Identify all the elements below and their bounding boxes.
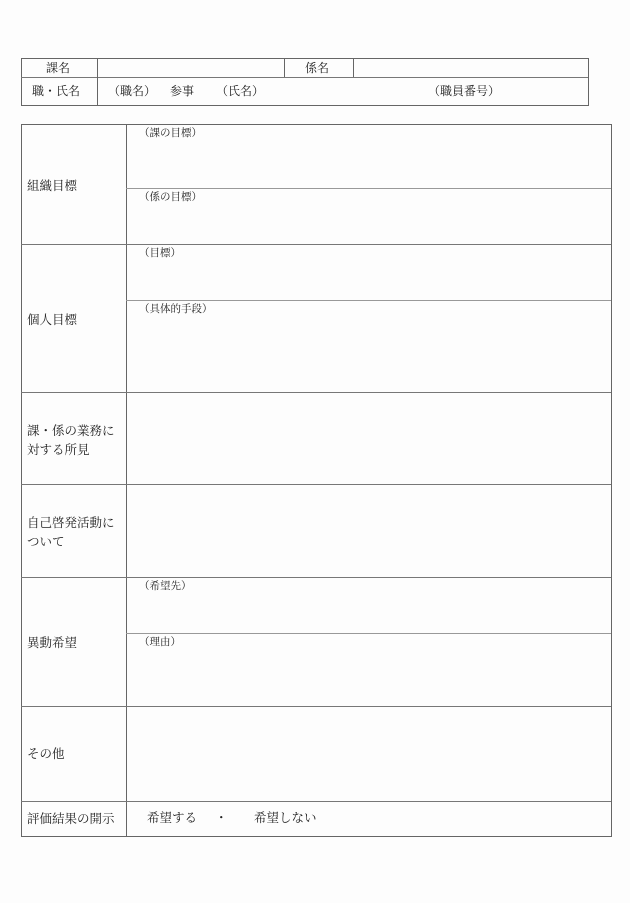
staff-number-field[interactable] [500, 79, 586, 103]
transfer-reason-field[interactable] [127, 634, 611, 705]
other-field[interactable] [127, 707, 611, 800]
name-hint: （氏名） [216, 84, 264, 98]
disclosure-separator: ・ [215, 811, 228, 825]
subsection-goal-field[interactable] [127, 189, 611, 243]
personal-goal-field[interactable] [127, 245, 611, 299]
work-opinion-field[interactable] [127, 393, 611, 483]
row-label-disclosure: 評価結果の開示 [27, 809, 125, 828]
name-label: 職・氏名 [32, 84, 80, 98]
disclosure-option-no[interactable]: 希望しない [254, 811, 317, 825]
row-label-work-opinion: 課・係の業務に対する所見 [27, 421, 125, 459]
staff-number-hint: （職員番号） [428, 84, 500, 98]
header-row-divider [21, 77, 588, 78]
row-label-other: その他 [27, 744, 123, 763]
subsection-label: 係名 [305, 61, 329, 75]
row-label-transfer-request: 異動希望 [27, 633, 123, 652]
specific-means-field[interactable] [127, 301, 611, 391]
section-field[interactable] [98, 59, 283, 76]
header-col-divider [284, 58, 285, 77]
row-label-self-development: 自己啓発活動について [27, 513, 125, 551]
row-divider [21, 801, 611, 802]
row-label-personal-goal: 個人目標 [27, 310, 123, 329]
row-label-organization-goal: 組織目標 [27, 176, 123, 195]
section-goal-field[interactable] [127, 125, 611, 187]
title-value[interactable]: 参事 [170, 84, 194, 98]
title-hint: （職名） [108, 84, 156, 98]
self-development-field[interactable] [127, 485, 611, 576]
transfer-destination-field[interactable] [127, 578, 611, 632]
disclosure-option-yes[interactable]: 希望する [147, 811, 197, 825]
subsection-field[interactable] [354, 59, 587, 76]
section-label: 課名 [46, 61, 70, 75]
name-field[interactable] [258, 79, 418, 103]
